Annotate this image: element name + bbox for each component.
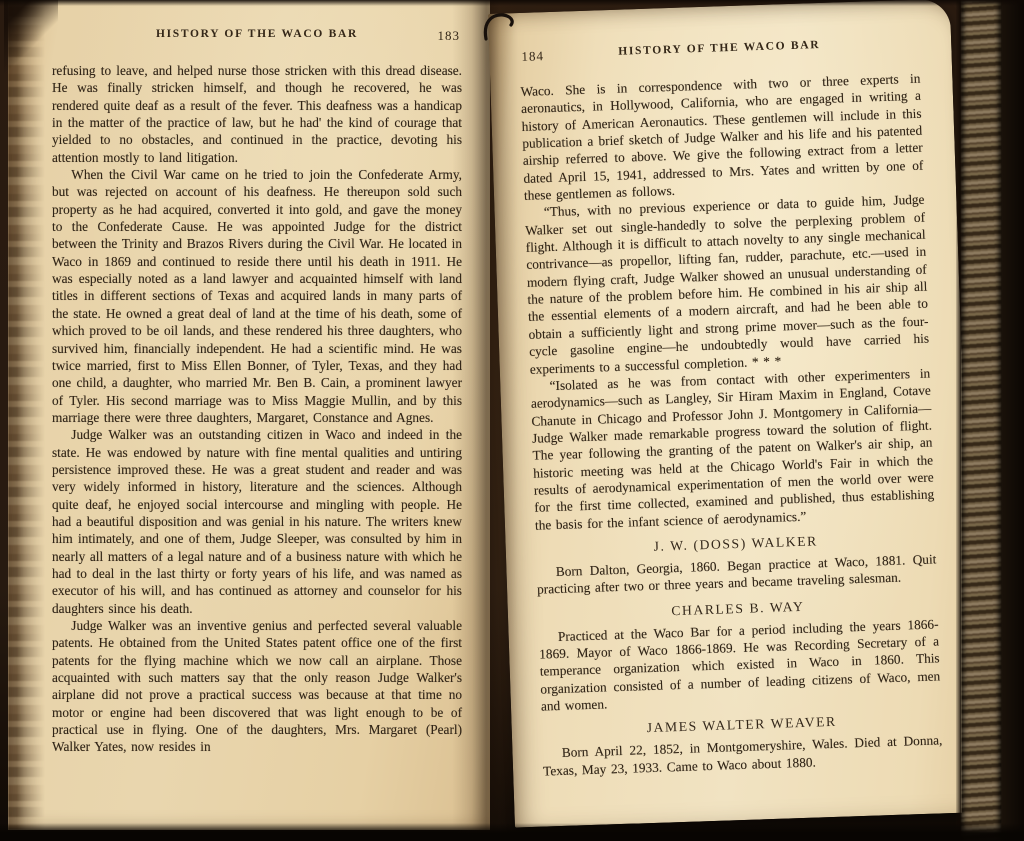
page-fore-edge bbox=[956, 0, 1024, 841]
left-page-stained-edge bbox=[8, 0, 46, 830]
right-page-header: 184 HISTORY OF THE WACO BAR bbox=[519, 36, 919, 67]
running-title: HISTORY OF THE WACO BAR bbox=[519, 36, 919, 61]
photo-bottom-vignette bbox=[0, 823, 1024, 841]
background-right bbox=[1001, 0, 1024, 841]
paragraph: When the Civil War came on he tried to j… bbox=[52, 166, 462, 426]
paragraph: Born Dalton, Georgia, 1860. Began practi… bbox=[536, 550, 937, 598]
paragraph: Judge Walker was an inventive genius and… bbox=[52, 617, 462, 756]
paragraph: Judge Walker was an outstanding citizen … bbox=[52, 426, 462, 617]
page-number: 184 bbox=[521, 48, 544, 65]
page-corner-shadow bbox=[4, 0, 58, 74]
right-page-content: 184 HISTORY OF THE WACO BAR Waco. She is… bbox=[519, 36, 943, 780]
right-page: 184 HISTORY OF THE WACO BAR Waco. She is… bbox=[488, 0, 977, 828]
paragraph: Practiced at the Waco Bar for a period i… bbox=[538, 615, 941, 715]
paragraph: Born April 22, 1852, in Montgomeryshire,… bbox=[542, 732, 943, 780]
left-page-header: HISTORY OF THE WACO BAR 183 bbox=[52, 28, 462, 46]
staple-icon bbox=[482, 8, 518, 46]
page-number: 183 bbox=[438, 28, 461, 44]
left-page-content: HISTORY OF THE WACO BAR 183 refusing to … bbox=[52, 28, 462, 756]
paragraph: refusing to leave, and helped nurse thos… bbox=[52, 62, 462, 166]
running-title: HISTORY OF THE WACO BAR bbox=[52, 28, 462, 40]
left-page: HISTORY OF THE WACO BAR 183 refusing to … bbox=[8, 0, 490, 830]
photo-top-vignette bbox=[0, 0, 1024, 6]
book-photo: HISTORY OF THE WACO BAR 183 refusing to … bbox=[0, 0, 1024, 841]
paragraph: Waco. She is in correspondence with two … bbox=[520, 70, 924, 205]
paragraph: “Thus, with no previous experience or da… bbox=[524, 191, 930, 378]
fore-edge-marbling bbox=[961, 0, 1001, 841]
paragraph: “Isolated as he was from contact with ot… bbox=[530, 364, 935, 533]
